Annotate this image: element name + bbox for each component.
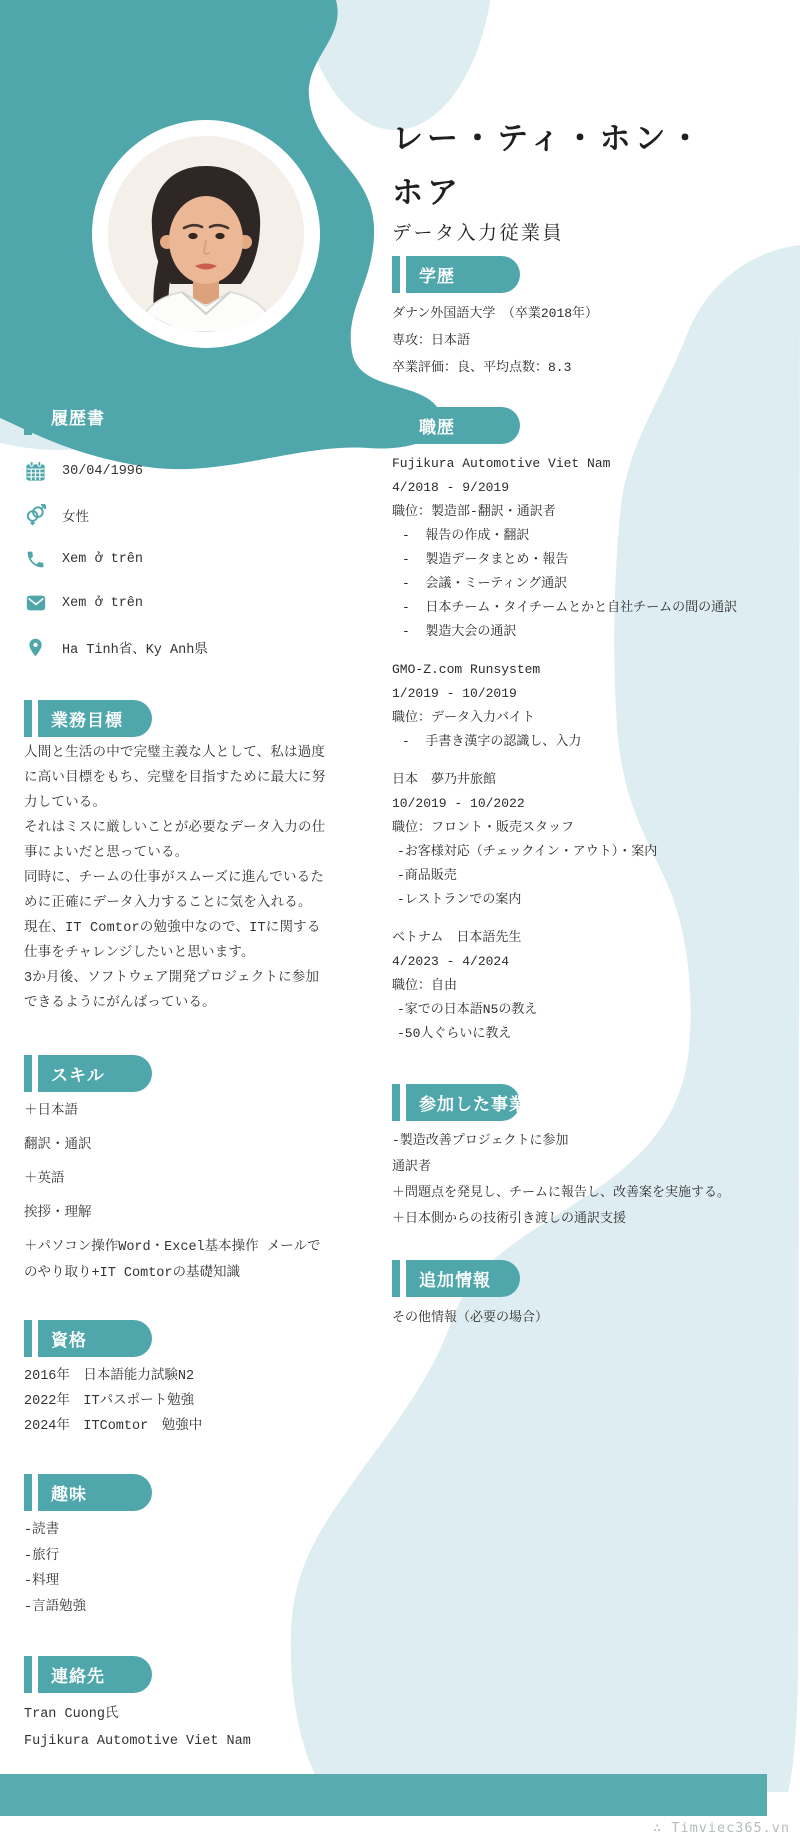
email-row: Xem ở trên bbox=[24, 591, 326, 615]
job-duty: ‐商品販売 bbox=[392, 864, 732, 888]
job-duties: ‐家での日本語N5の教え‐50人ぐらいに教え bbox=[392, 998, 732, 1046]
objective-sentence: 同時に、チームの仕事がスムーズに進んでいるために正確にデータ入力することに気を入… bbox=[24, 866, 326, 916]
candidate-name: レー・ティ・ホン・ ホア bbox=[392, 112, 732, 220]
certifications-list: 2016年 日本語能力試験N22022年 ITパスポート勉強2024年 ITCo… bbox=[24, 1364, 326, 1439]
profile-photo-frame bbox=[92, 120, 320, 348]
candidate-name-line2: ホア bbox=[392, 166, 732, 220]
section-header-reference: 連絡先 bbox=[24, 1656, 326, 1693]
hobbies-list: ‐読書‐旅行‐料理‐言語勉強 bbox=[24, 1518, 326, 1620]
job-period: 1/2019 - 10/2019 bbox=[392, 682, 732, 706]
hobby-item: ‐読書 bbox=[24, 1518, 326, 1544]
section-header-objective: 業務目標 bbox=[24, 700, 326, 737]
site-watermark: ∴ Timviec365.vn bbox=[653, 1820, 790, 1836]
job-company: GMO-Z.com Runsystem bbox=[392, 658, 732, 682]
right-column: レー・ティ・ホン・ ホア データ入力従業員 学歴 ダナン外国語大学 （卒業201… bbox=[392, 112, 732, 1331]
education-lines: ダナン外国語大学 （卒業2018年）専攻：日本語卒業評価：良、平均点数：8.3 bbox=[392, 300, 732, 381]
section-accent-bar bbox=[24, 1320, 32, 1357]
job-duties: - 手書き漢字の認識し、入力 bbox=[392, 730, 732, 754]
section-title-work-history: 職歴 bbox=[406, 407, 520, 444]
mail-icon bbox=[24, 592, 47, 615]
job-entry: 日本 夢乃井旅館 10/2019 - 10/2022 職位：フロント・販売スタッ… bbox=[392, 768, 732, 912]
objective-text: 人間と生活の中で完璧主義な人として、私は過度に高い目標をもち、完璧を目指すために… bbox=[24, 741, 326, 1016]
section-header-resume: 履歴書 bbox=[24, 398, 326, 435]
job-entry: Fujikura Automotive Viet Nam 4/2018 - 9/… bbox=[392, 452, 732, 644]
certification-item: 2024年 ITComtor 勉強中 bbox=[24, 1414, 326, 1439]
job-duty: - 報告の作成・翻訳 bbox=[392, 524, 732, 548]
section-accent-bar bbox=[392, 256, 400, 293]
section-title-certifications: 資格 bbox=[38, 1320, 152, 1357]
section-accent-bar bbox=[392, 407, 400, 444]
section-header-certifications: 資格 bbox=[24, 1320, 326, 1357]
portrait-illustration bbox=[108, 136, 304, 332]
birthdate-value: 30/04/1996 bbox=[62, 464, 143, 479]
section-header-work-history: 職歴 bbox=[392, 407, 732, 444]
address-value: Ha Tinh省、Ky Anh県 bbox=[62, 637, 208, 658]
project-line: ‐製造改善プロジェクトに参加 bbox=[392, 1128, 732, 1154]
job-duty: ‐家での日本語N5の教え bbox=[392, 998, 732, 1022]
skill-item: ＋日本語 bbox=[24, 1099, 326, 1125]
section-accent-bar bbox=[24, 700, 32, 737]
job-period: 4/2018 - 9/2019 bbox=[392, 476, 732, 500]
job-duty: - 製造データまとめ・報告 bbox=[392, 548, 732, 572]
section-title-education: 学歴 bbox=[406, 256, 520, 293]
objective-sentence: それはミスに厳しいことが必要なデータ入力の仕事によいだと思っている。 bbox=[24, 816, 326, 866]
section-title-objective: 業務目標 bbox=[38, 700, 152, 737]
profile-photo bbox=[108, 136, 304, 332]
job-duty: - 手書き漢字の認識し、入力 bbox=[392, 730, 732, 754]
job-period: 4/2023 - 4/2024 bbox=[392, 950, 732, 974]
hobby-item: ‐言語勉強 bbox=[24, 1595, 326, 1621]
phone-row: Xem ở trên bbox=[24, 547, 326, 571]
skill-item: 翻訳・通訳 bbox=[24, 1133, 326, 1159]
job-company: Fujikura Automotive Viet Nam bbox=[392, 452, 732, 476]
additional-info-lines: その他情報（必要の場合） bbox=[392, 1305, 732, 1331]
education-line: ダナン外国語大学 （卒業2018年） bbox=[392, 300, 732, 327]
gender-row: 女性 bbox=[24, 503, 326, 527]
phone-icon bbox=[24, 548, 47, 571]
skills-list: ＋日本語翻訳・通訳＋英語挨拶・理解＋パソコン操作Word・Excel基本操作 メ… bbox=[24, 1099, 326, 1287]
job-entry: GMO-Z.com Runsystem 1/2019 - 10/2019 職位：… bbox=[392, 658, 732, 754]
job-duties: ‐お客様対応（チェックイン・アウト）・案内‐商品販売‐レストランでの案内 bbox=[392, 840, 732, 912]
job-position: 職位：データ入力バイト bbox=[392, 706, 732, 730]
hobby-item: ‐料理 bbox=[24, 1569, 326, 1595]
section-title-skills: スキル bbox=[38, 1055, 152, 1092]
section-header-additional-info: 追加情報 bbox=[392, 1260, 732, 1297]
education-line: 専攻：日本語 bbox=[392, 327, 732, 354]
job-period: 10/2019 - 10/2022 bbox=[392, 792, 732, 816]
candidate-name-line1: レー・ティ・ホン・ bbox=[392, 112, 732, 166]
reference-line: Tran Cuong氏 bbox=[24, 1701, 326, 1728]
certification-item: 2022年 ITパスポート勉強 bbox=[24, 1389, 326, 1414]
personal-info-list: 30/04/1996 女性 Xem ở trên Xem ở trên bbox=[24, 459, 326, 659]
job-duty: ‐レストランでの案内 bbox=[392, 888, 732, 912]
section-accent-bar bbox=[24, 1474, 32, 1511]
candidate-job-title: データ入力従業員 bbox=[392, 222, 732, 246]
section-title-additional-info: 追加情報 bbox=[406, 1260, 520, 1297]
resume-page: 履歴書 30/04/1996 女性 Xem ở trên bbox=[0, 0, 800, 1844]
section-header-skills: スキル bbox=[24, 1055, 326, 1092]
section-accent-bar bbox=[24, 1055, 32, 1092]
section-header-hobbies: 趣味 bbox=[24, 1474, 326, 1511]
job-duty: - 日本チーム・タイチームとかと自社チームの間の通訳 bbox=[392, 596, 732, 620]
job-position: 職位：製造部‐翻訳・通訳者 bbox=[392, 500, 732, 524]
job-company: 日本 夢乃井旅館 bbox=[392, 768, 732, 792]
section-title-hobbies: 趣味 bbox=[38, 1474, 152, 1511]
section-header-projects: 参加した事業 bbox=[392, 1084, 732, 1121]
skill-item: ＋英語 bbox=[24, 1167, 326, 1193]
job-position: 職位：フロント・販売スタッフ bbox=[392, 816, 732, 840]
education-line: 卒業評価：良、平均点数：8.3 bbox=[392, 354, 732, 381]
job-duty: ‐お客様対応（チェックイン・アウト）・案内 bbox=[392, 840, 732, 864]
job-duties: - 報告の作成・翻訳- 製造データまとめ・報告- 会議・ミーティング通訳- 日本… bbox=[392, 524, 732, 644]
hobby-item: ‐旅行 bbox=[24, 1544, 326, 1570]
objective-sentence: 現在、IT Comtorの勉強中なので、ITに関する仕事をチャレンジしたいと思い… bbox=[24, 916, 326, 966]
gender-icon bbox=[24, 504, 47, 527]
section-header-education: 学歴 bbox=[392, 256, 732, 293]
birthdate-row: 30/04/1996 bbox=[24, 459, 326, 483]
address-row: Ha Tinh省、Ky Anh県 bbox=[24, 635, 326, 659]
skill-item: 挨拶・理解 bbox=[24, 1201, 326, 1227]
job-company: ベトナム 日本語先生 bbox=[392, 926, 732, 950]
job-duty: - 会議・ミーティング通訳 bbox=[392, 572, 732, 596]
skill-item: ＋パソコン操作Word・Excel基本操作 メールでのやり取り+IT Comto… bbox=[24, 1235, 326, 1287]
location-icon bbox=[24, 636, 47, 659]
section-accent-bar bbox=[392, 1260, 400, 1297]
objective-sentence: 3か月後、ソフトウェア開発プロジェクトに参加できるようにがんばっている。 bbox=[24, 966, 326, 1016]
email-value: Xem ở trên bbox=[62, 596, 143, 611]
phone-value: Xem ở trên bbox=[62, 552, 143, 567]
objective-sentence: 人間と生活の中で完璧主義な人として、私は過度に高い目標をもち、完璧を目指すために… bbox=[24, 741, 326, 816]
job-entry: ベトナム 日本語先生 4/2023 - 4/2024 職位：自由 ‐家での日本語… bbox=[392, 926, 732, 1046]
section-accent-bar bbox=[24, 398, 32, 435]
left-column: 履歴書 30/04/1996 女性 Xem ở trên bbox=[24, 398, 326, 1755]
project-line: 通訳者 bbox=[392, 1154, 732, 1180]
section-title-projects: 参加した事業 bbox=[406, 1084, 520, 1121]
project-lines: ‐製造改善プロジェクトに参加通訳者＋問題点を発見し、チームに報告し、改善案を実施… bbox=[392, 1128, 732, 1232]
gender-value: 女性 bbox=[62, 505, 89, 526]
job-list: Fujikura Automotive Viet Nam 4/2018 - 9/… bbox=[392, 452, 732, 1046]
calendar-icon bbox=[24, 460, 47, 483]
section-title-resume: 履歴書 bbox=[38, 398, 152, 435]
job-duty: ‐50人ぐらいに教え bbox=[392, 1022, 732, 1046]
section-accent-bar bbox=[392, 1084, 400, 1121]
section-accent-bar bbox=[24, 1656, 32, 1693]
project-line: ＋問題点を発見し、チームに報告し、改善案を実施する。 bbox=[392, 1180, 732, 1206]
reference-line: Fujikura Automotive Viet Nam bbox=[24, 1728, 326, 1755]
reference-lines: Tran Cuong氏Fujikura Automotive Viet Nam bbox=[24, 1701, 326, 1755]
job-duty: - 製造大会の通訳 bbox=[392, 620, 732, 644]
certification-item: 2016年 日本語能力試験N2 bbox=[24, 1364, 326, 1389]
project-line: ＋日本側からの技術引き渡しの通訳支援 bbox=[392, 1206, 732, 1232]
additional-info-line: その他情報（必要の場合） bbox=[392, 1305, 732, 1331]
job-position: 職位：自由 bbox=[392, 974, 732, 998]
footer-teal-bar bbox=[0, 1774, 767, 1816]
section-title-reference: 連絡先 bbox=[38, 1656, 152, 1693]
